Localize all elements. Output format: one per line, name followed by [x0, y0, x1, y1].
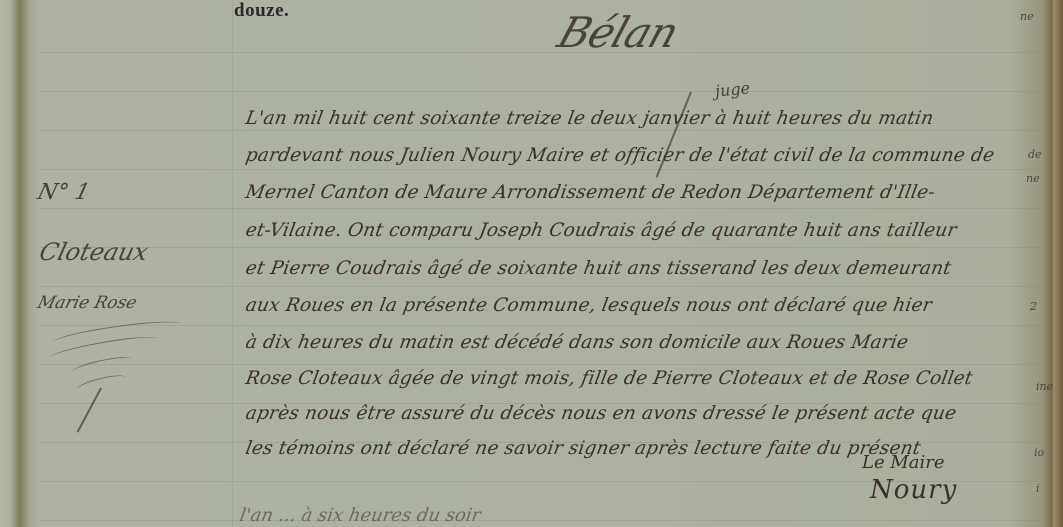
mayor-signature: Noury: [870, 475, 957, 505]
printed-heading: douze.: [234, 0, 289, 22]
record-line-10: les témoins ont déclaré ne savoir signer…: [244, 438, 922, 459]
right-margin-note: de: [1028, 148, 1042, 161]
right-margin-note: i: [1036, 482, 1040, 495]
margin-rule: [232, 0, 233, 527]
record-line-9: après nous être assuré du décès nous en …: [244, 403, 958, 424]
margin-given-names: Marie Rose: [36, 293, 139, 313]
right-margin-note: ine: [1036, 380, 1053, 393]
record-line-5: et Pierre Coudrais âgé de soixante huit …: [244, 258, 953, 279]
interlinear-insertion: juge: [714, 78, 751, 101]
record-line-8: Rose Cloteaux âgée de vingt mois, fille …: [244, 368, 974, 389]
right-margin-note: 2: [1030, 300, 1037, 313]
next-entry-partial: l'an ... à six heures du soir: [238, 505, 482, 526]
mayor-title: Le Maire: [862, 452, 945, 473]
right-margin-note: ne: [1020, 10, 1034, 23]
entry-number: N° 1: [35, 180, 92, 205]
right-margin-note: io: [1034, 446, 1044, 459]
record-line-2: pardevant nous Julien Noury Maire et off…: [244, 145, 996, 166]
right-margin-note: ne: [1026, 172, 1040, 185]
document-page: douze. Bélan juge N° 1 Cloteaux Marie Ro…: [0, 0, 1063, 527]
margin-surname: Cloteaux: [37, 238, 152, 266]
record-line-4: et-Vilaine. Ont comparu Joseph Coudrais …: [244, 220, 958, 241]
record-line-1: L'an mil huit cent soixante treize le de…: [244, 108, 935, 129]
record-line-3: Mernel Canton de Maure Arrondissement de…: [244, 182, 937, 203]
record-line-6: aux Roues en la présente Commune, lesque…: [244, 295, 934, 316]
record-line-7: à dix heures du matin est décédé dans so…: [244, 332, 910, 353]
top-signature: Bélan: [552, 8, 684, 57]
book-edge: [1053, 0, 1063, 527]
